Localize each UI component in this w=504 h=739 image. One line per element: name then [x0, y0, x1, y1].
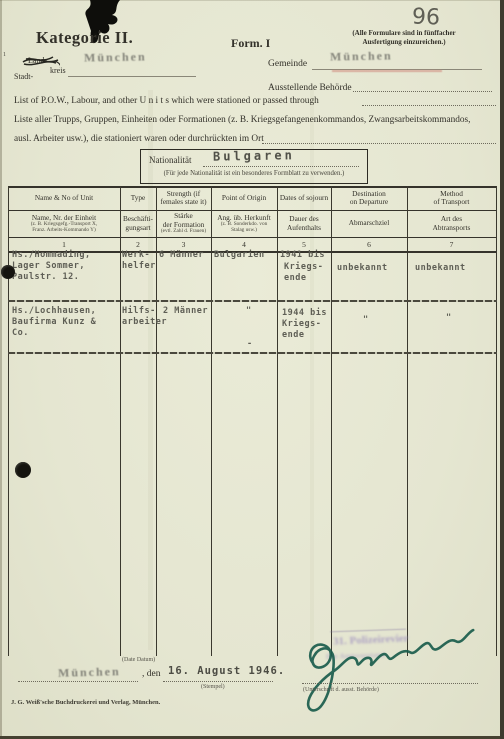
stadt-label: Stadt-: [14, 72, 33, 81]
form-title: Form. I: [231, 36, 270, 51]
stempel-note: (Stempel): [201, 684, 225, 690]
row1-strength: 6 Männer: [159, 250, 204, 261]
edge-mark: 1: [3, 52, 6, 58]
row2-extra-mark: -: [247, 339, 253, 350]
table-vline-0: [8, 186, 9, 656]
signature-note: (Unterschrift d. ausst. Behörde): [303, 687, 379, 693]
behoerde-line: [353, 91, 492, 92]
nationality-line: [203, 166, 359, 167]
row2-type: Hilfs- arbeiter: [122, 306, 167, 328]
table-vline-7: [496, 186, 497, 656]
date-value: 16. August 1946.: [168, 666, 285, 677]
pink-underline: [332, 70, 442, 72]
nationality-stamp: Bulgaren: [213, 150, 295, 162]
hole-punch-top: [1, 265, 15, 279]
row2-unit: Hs./Lochhausen, Baufirma Kunz & Co.: [12, 306, 96, 339]
kreis-line: [68, 76, 196, 77]
table-vline-5: [331, 186, 332, 656]
intro-german-2: ausl. Arbeiter usw.), die stationiert wa…: [14, 134, 264, 144]
row1-destination: unbekannt: [337, 263, 388, 274]
kreis-stamp: München: [84, 49, 147, 65]
intro-fill-line1: [362, 105, 496, 106]
col-header-transport: Method of Transport Art des Abtransports…: [407, 186, 496, 251]
gemeinde-stamp: München: [330, 48, 393, 64]
scanned-form-page: 1 96 Kategorie II. Form. I (Alle Formula…: [0, 0, 504, 739]
row-separator-2: [8, 352, 497, 354]
den-label: , den: [142, 669, 160, 679]
col-header-sojourn: Dates of sojourn Dauer des Aufenthalts 5: [277, 186, 331, 251]
place-line: [18, 681, 138, 682]
row1-transport: unbekannt: [415, 263, 466, 274]
copies-note: (Alle Formulare sind in fünffacher Ausfe…: [316, 29, 492, 46]
intro-german-1: Liste aller Trupps, Gruppen, Einheiten o…: [14, 115, 471, 125]
date-line: [163, 681, 273, 682]
place-stamp: München: [58, 664, 121, 681]
nationality-box: Nationalität Bulgaren (Für jede National…: [140, 149, 368, 184]
row2-destination: ": [363, 315, 369, 326]
category-title: Kategorie II.: [36, 28, 133, 48]
signature-line: [302, 683, 478, 684]
row1-origin: Bulgarien: [214, 250, 265, 261]
col-header-strength: Strength (if females state it) Stärke de…: [156, 186, 211, 251]
paper-fold-streak: [310, 90, 314, 650]
row2-origin: ": [246, 306, 252, 317]
row2-strength: 2 Männer: [163, 306, 208, 317]
hole-punch-bottom: [15, 462, 31, 478]
table-vline-2: [156, 186, 157, 656]
row1-sojourn-rest: Kriegs- ende: [284, 262, 323, 284]
col-header-destination: Destination on Departure Abmarschziel 6: [331, 186, 407, 251]
date-note: (Date Datum): [122, 657, 155, 663]
table-vline-4: [277, 186, 278, 656]
printer-imprint: J. G. Weiß'sche Buchdruckerei und Verlag…: [11, 699, 160, 706]
nationality-note: (Für jede Nationalität ist ein besondere…: [141, 170, 367, 177]
page-number: 96: [412, 5, 441, 31]
intro-fill-line2: [262, 143, 496, 144]
table-vline-6: [407, 186, 408, 656]
row1-unit: Hs./Hommading, Lager Sommer, Paulstr. 12…: [12, 250, 91, 283]
paper-fold-streak: [148, 90, 153, 650]
row1-sojourn-start: 1941 bis: [280, 250, 325, 261]
signature: [289, 593, 489, 724]
row2-sojourn-rest: Kriegs- ende: [282, 319, 321, 341]
kreis-label: kreis: [50, 66, 66, 75]
col-header-unit: Name & No of Unit Name, Nr. der Einheit(…: [8, 186, 120, 251]
intro-english: List of P.O.W., Labour, and other U n i …: [14, 96, 319, 106]
table-vline-3: [211, 186, 212, 656]
row2-sojourn-start: 1944 bis: [282, 308, 327, 319]
col-header-origin: Point of Origin Ang. üb. Herkunft(z. B. …: [211, 186, 277, 251]
row2-transport: ": [446, 313, 452, 324]
nationality-label: Nationalität: [149, 155, 192, 165]
gemeinde-label: Gemeinde: [268, 59, 307, 69]
row-separator-1: [8, 300, 497, 302]
